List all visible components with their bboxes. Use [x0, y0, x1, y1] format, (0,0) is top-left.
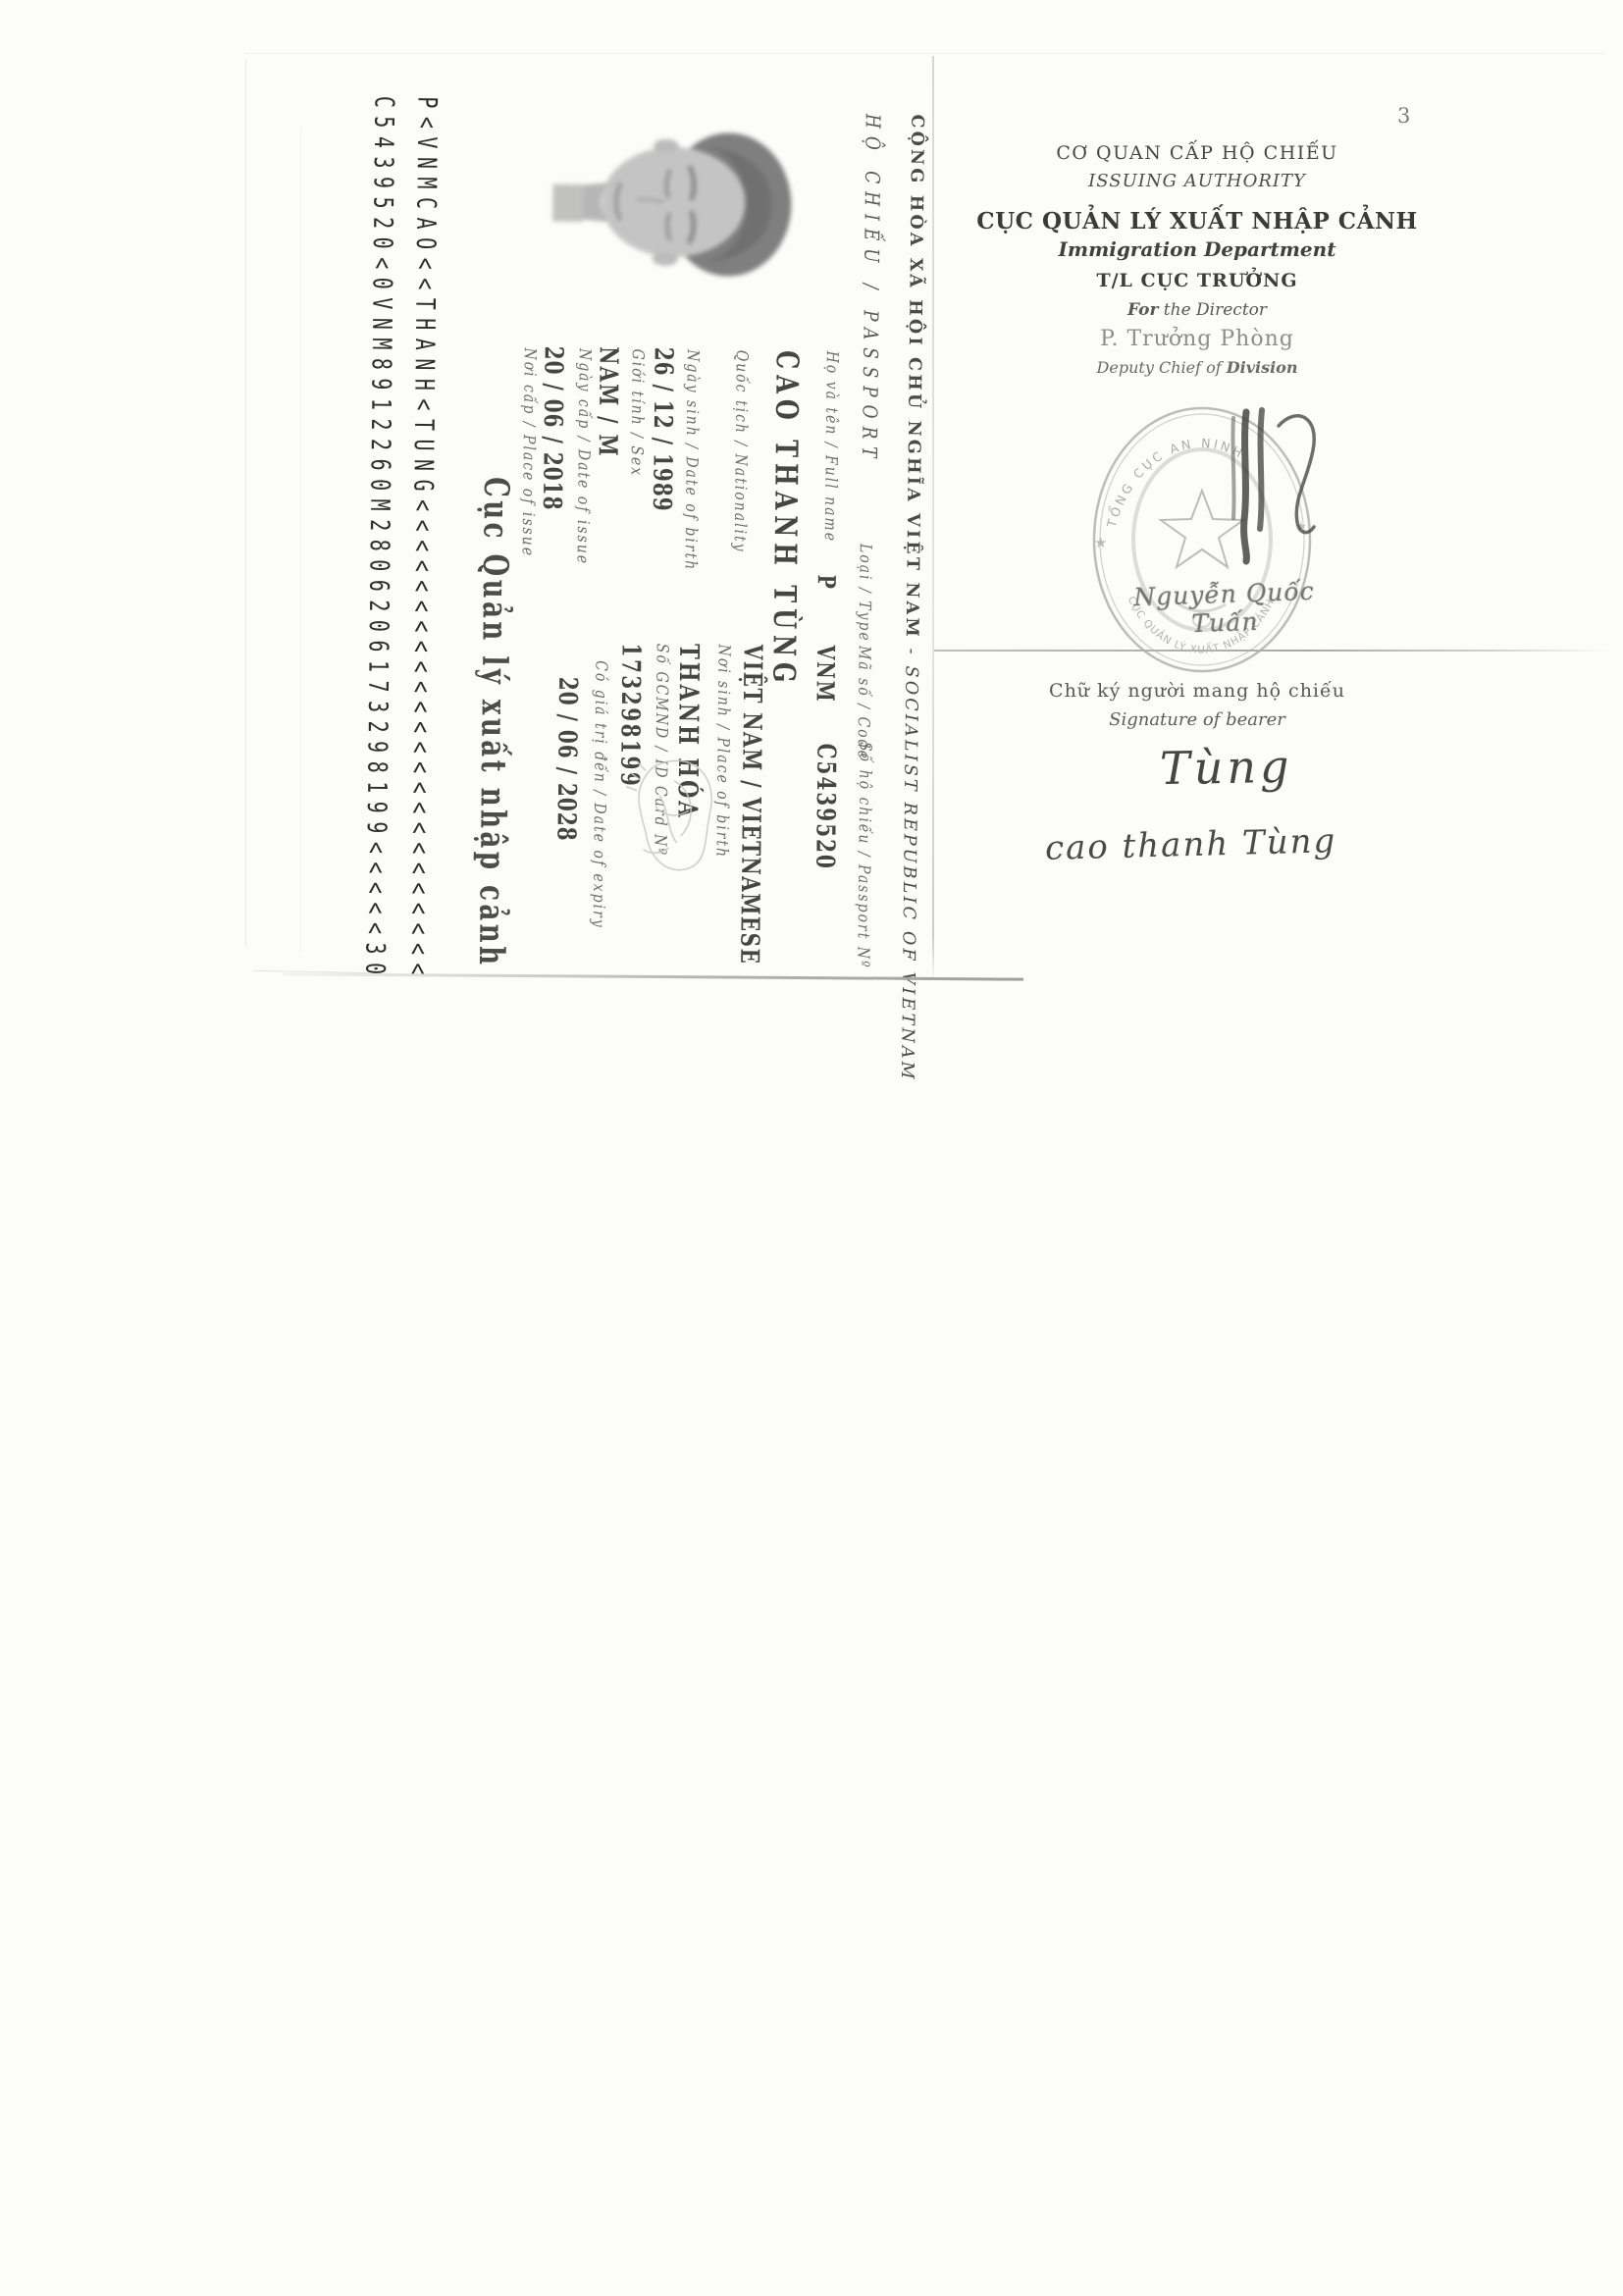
page-number: 3: [1397, 104, 1410, 128]
expiry-date-value: 20 / 06 / 2028: [554, 677, 582, 842]
place-of-issue-label: Nơi cấp / Place of issue: [519, 347, 538, 557]
mrz-line-1: P<VNMCAO<<THANH<TUNG<<<<<<<<<<<<<<<<<<<<…: [405, 96, 441, 983]
deputy-title-vi: P. Trưởng Phòng: [932, 327, 1462, 351]
issue-date-label: Ngày cấp / Date of issue: [574, 348, 593, 565]
page-left-edge-line: [245, 59, 246, 947]
signer-title-en-bold: For: [1127, 300, 1158, 320]
type-value: P: [813, 574, 838, 590]
issuing-authority-block: CƠ QUAN CẤP HỘ CHIẾU ISSUING AUTHORITY C…: [932, 143, 1462, 377]
issue-date-value: 20 / 06 / 2018: [540, 346, 567, 511]
mrz-line-2: C5439520<0VNM8912260M2806206173298199<<<…: [362, 96, 397, 983]
expiry-date-label: Có giá trị đến / Date of expiry: [590, 660, 608, 929]
passport-number-label: Số hộ chiếu / Passport Nº: [855, 742, 873, 969]
page-fold-line: [300, 128, 301, 952]
embossed-seal-sketch: [619, 741, 728, 879]
section-divider-line: [934, 650, 1611, 652]
page-header: CỘNG HÒA XÃ HỘI CHỦ NGHĨA VIỆT NAM - SOC…: [898, 114, 925, 1082]
signer-title-en-rest: the Director: [1158, 300, 1267, 320]
bearer-handwritten-signature-short: Tùng: [1160, 741, 1293, 795]
full-name-label: Họ và tên / Full name: [821, 351, 840, 544]
bearer-signature-label-en: Signature of bearer: [932, 710, 1462, 731]
dob-label: Ngày sinh / Date of birth: [682, 349, 701, 571]
official-signature: Nguyễn Quốc Tuấn: [1106, 577, 1343, 642]
authority-name-vi: CỤC QUẢN LÝ XUẤT NHẬP CẢNH: [932, 209, 1462, 235]
header-vietnamese: CỘNG HÒA XÃ HỘI CHỦ NGHĨA VIỆT NAM: [902, 114, 927, 640]
sex-value: NAM / M: [596, 346, 622, 458]
bearer-handwritten-signature-full: cao thanh Tùng: [1045, 822, 1337, 868]
authority-name-en: Immigration Department: [932, 238, 1462, 261]
pen-scribble: [1225, 404, 1342, 581]
full-name-value: CAO THANH TÙNG: [768, 350, 803, 689]
deputy-title-en-prefix: Deputy Chief of: [1097, 358, 1227, 377]
nationality-label: Quốc tịch / Nationality: [731, 350, 750, 553]
dob-value: 26 / 12 / 1989: [650, 347, 677, 512]
header-separator: -: [901, 640, 920, 666]
deputy-title-en-bold: Division: [1227, 358, 1298, 377]
sex-label: Giới tính / Sex: [628, 348, 646, 477]
bearer-signature-block: Chữ ký người mang hộ chiếu Signature of …: [932, 681, 1462, 731]
issuing-authority-label-vi: CƠ QUAN CẤP HỘ CHIẾU: [932, 143, 1462, 165]
bearer-photo: [551, 108, 811, 300]
passport-number-value: C5439520: [812, 743, 839, 870]
page-gutter-line: [932, 56, 934, 983]
page-top-edge-line: [245, 53, 1605, 54]
code-value: VNM: [811, 645, 836, 703]
header-english: SOCIALIST REPUBLIC OF VIETNAM: [897, 665, 920, 1081]
nationality-value: VIỆT NAM / VIETNAMESE: [737, 645, 765, 965]
bearer-signature-label-vi: Chữ ký người mang hộ chiếu: [932, 681, 1462, 703]
stamp-left-star-icon: ★: [1094, 534, 1107, 551]
signer-title-vi: T/L CỤC TRƯỞNG: [932, 271, 1462, 292]
type-label: Loại / Type: [856, 544, 873, 643]
passport-scan: CỘNG HÒA XÃ HỘI CHỦ NGHĨA VIỆT NAM - SOC…: [0, 0, 1623, 2296]
signer-title-en: For the Director: [932, 301, 1462, 321]
document-title: HỘ CHIẾU / PASSPORT: [858, 114, 881, 466]
issuing-authority-label-en: ISSUING AUTHORITY: [932, 172, 1462, 192]
deputy-title-en: Deputy Chief of Division: [932, 359, 1462, 377]
passport-data-page: CỘNG HÒA XÃ HỘI CHỦ NGHĨA VIỆT NAM - SOC…: [231, 50, 937, 989]
place-of-issue-value: Cục Quản lý xuất nhập cảnh: [473, 477, 512, 968]
